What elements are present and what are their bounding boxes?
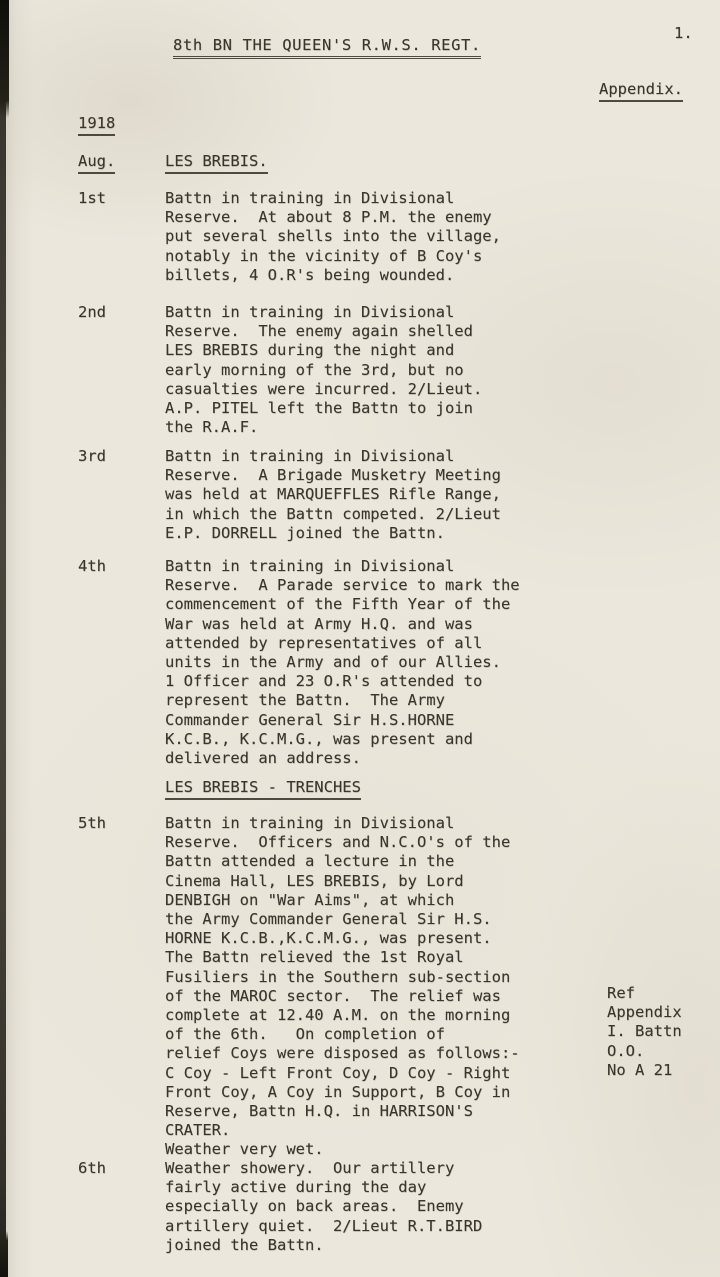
entry-date: 5th [78,814,106,833]
page-title: 8th BN THE QUEEN'S R.W.S. REGT. [173,36,481,59]
section-heading-trenches-text: LES BREBIS - TRENCHES [165,778,361,800]
entry-date: 6th [78,1159,106,1178]
page-title-text: 8th BN THE QUEEN'S R.W.S. REGT. [173,36,481,59]
entry-date: 1st [78,189,106,208]
entry-date: 4th [78,557,106,576]
entry-text: Battn in training in Divisional Reserve.… [165,189,610,285]
section-heading-trenches: LES BREBIS - TRENCHES [165,778,361,800]
war-diary-page: 1. 8th BN THE QUEEN'S R.W.S. REGT. Appen… [0,0,720,1277]
year-label-text: 1918 [78,114,115,136]
entry-text: Battn in training in Divisional Reserve.… [165,303,610,437]
year-label: 1918 [78,114,115,136]
month-label: Aug. [78,152,115,174]
entry-text: Weather showery. Our artillery fairly ac… [165,1159,610,1255]
entry-text: Battn in training in Divisional Reserve.… [165,447,610,543]
section-heading-les-brebis: LES BREBIS. [165,152,268,174]
scan-edge-shadow [0,0,6,1277]
appendix-label-text: Appendix. [599,80,683,102]
month-label-text: Aug. [78,152,115,174]
scan-edge-top-corner [0,0,9,118]
section-heading-les-brebis-text: LES BREBIS. [165,152,268,174]
appendix-label: Appendix. [599,80,683,102]
scan-edge-bottom-corner [0,1231,8,1277]
entry-text: Battn in training in Divisional Reserve.… [165,557,610,768]
entry-date: 2nd [78,303,106,322]
margin-note-appendix-ref: Ref Appendix I. Battn O.O. No A 21 [607,984,682,1080]
entry-text: Battn in training in Divisional Reserve.… [165,814,610,1160]
entry-date: 3rd [78,447,106,466]
page-number: 1. [674,24,693,43]
